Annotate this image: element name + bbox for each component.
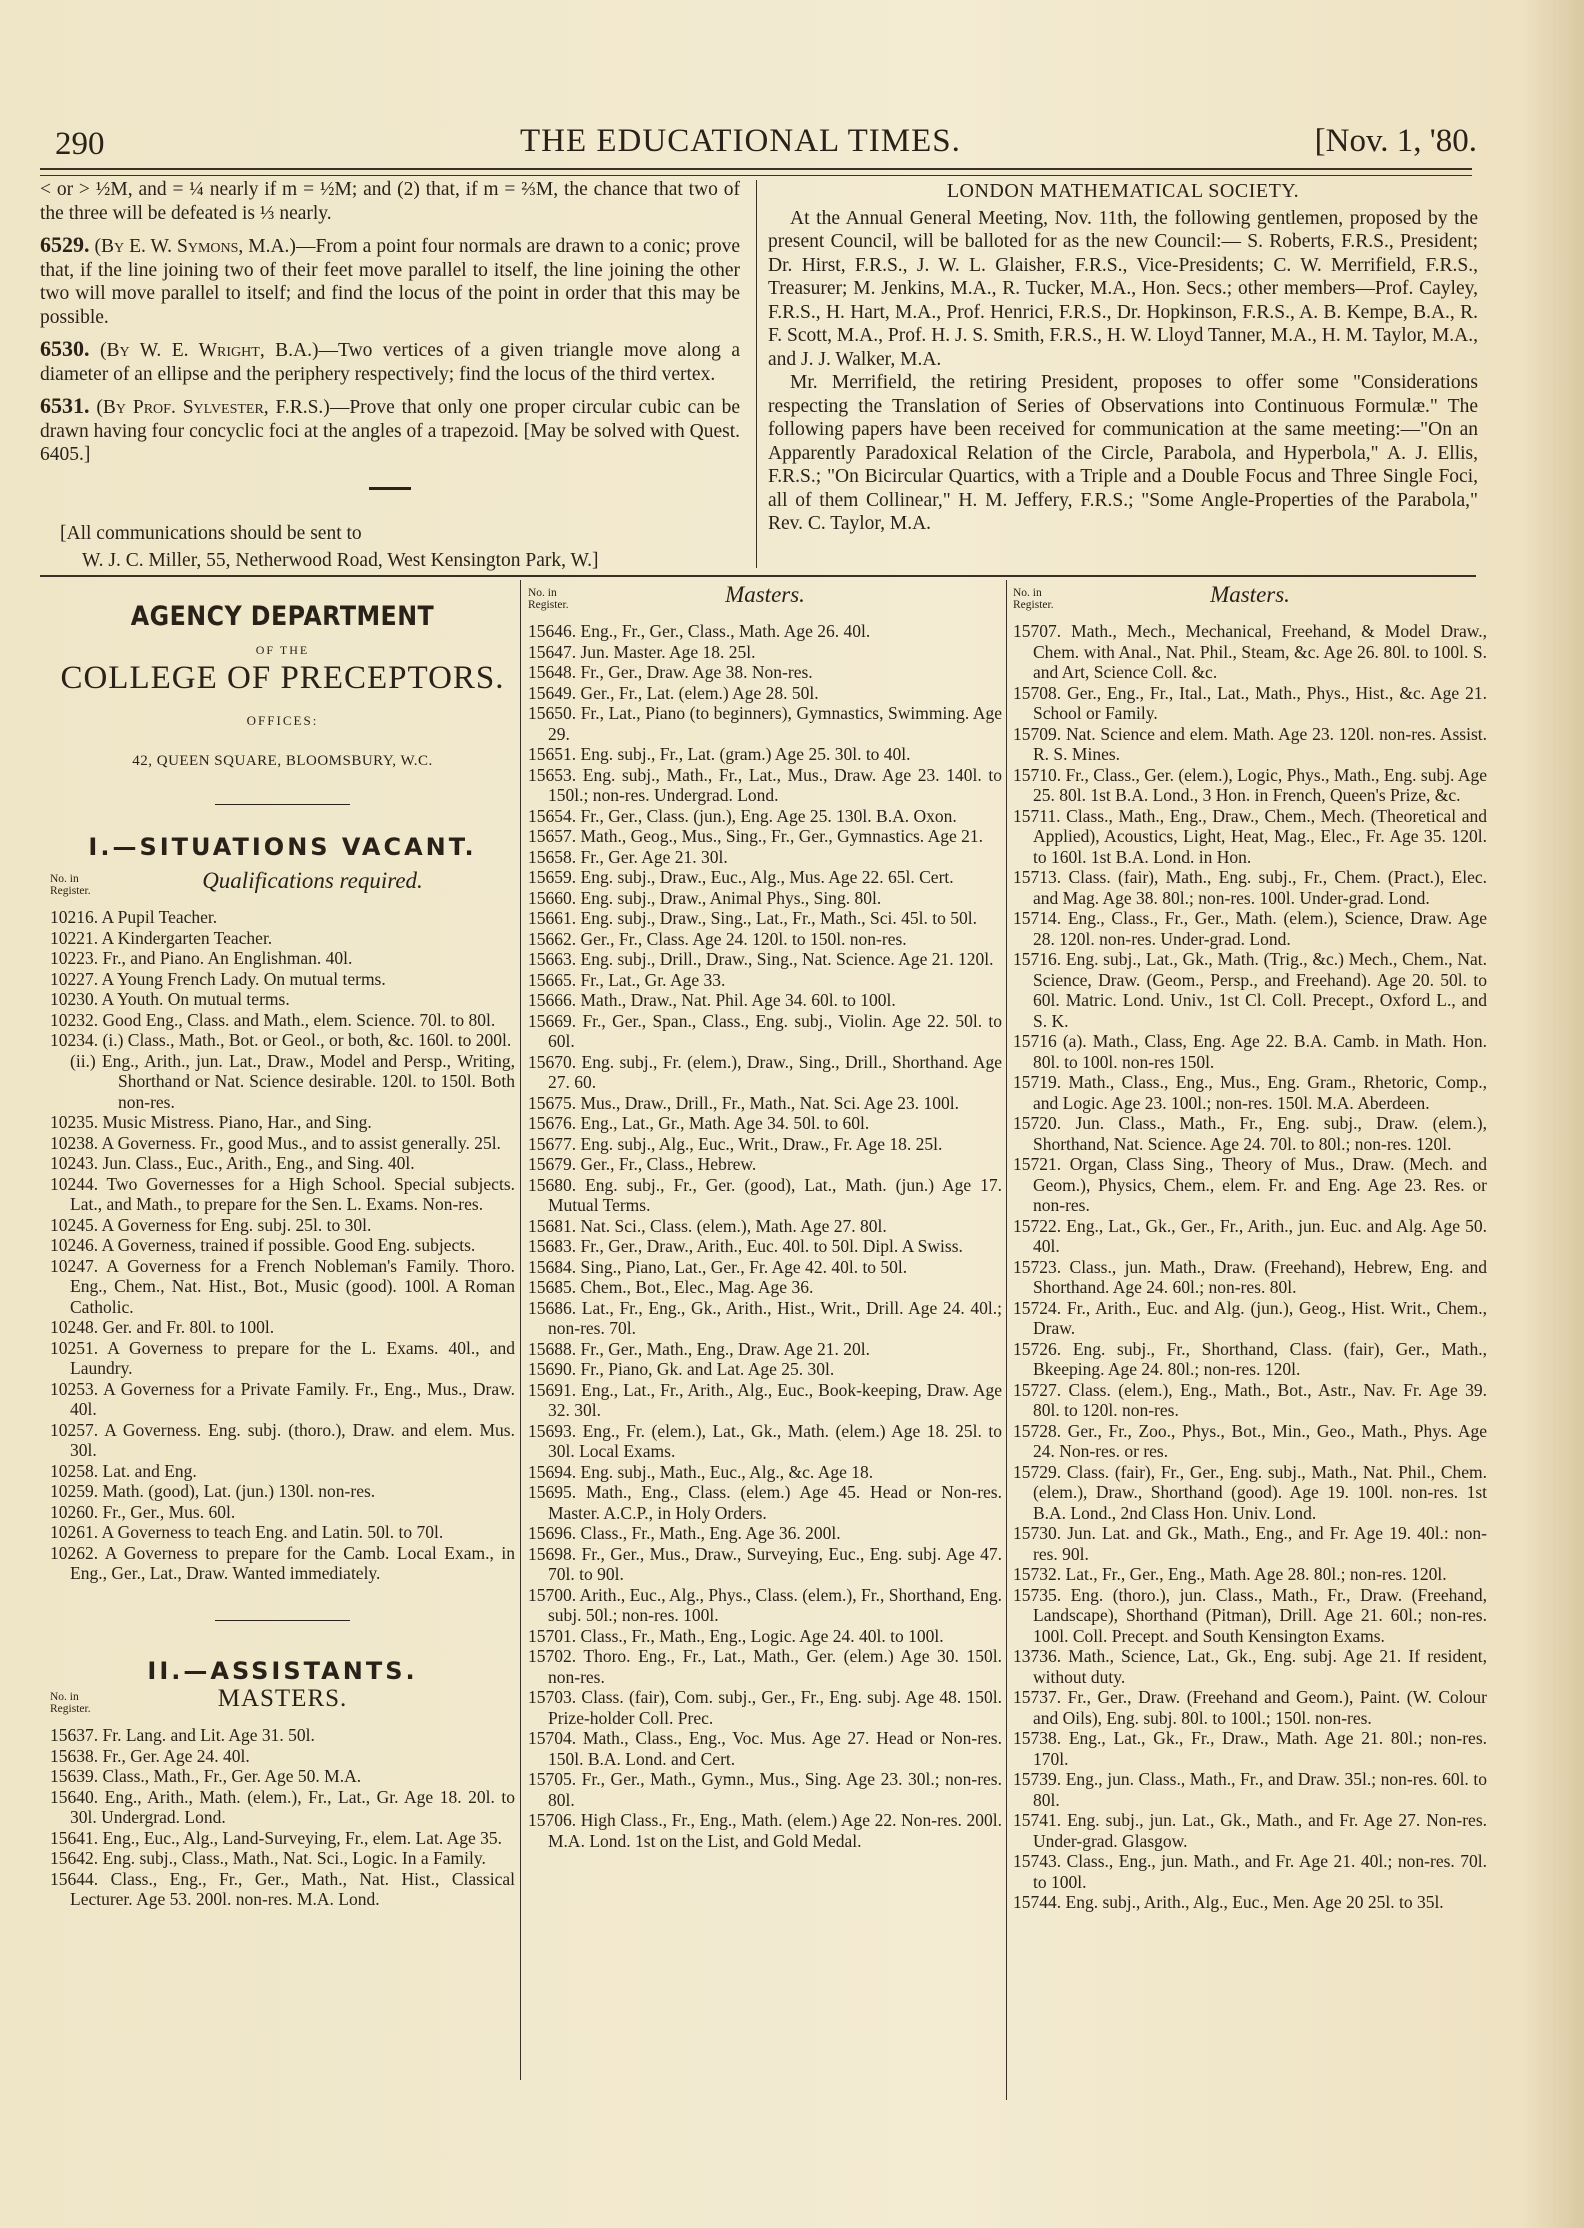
qualifications: Eng. subj., Draw., Animal Phys., Sing. 8… [581, 888, 882, 908]
qualifications: Eng. subj., Fr. (elem.), Draw., Sing., D… [548, 1052, 1002, 1093]
register-number: 15695. [528, 1482, 576, 1502]
register-entry: 15709. Nat. Science and elem. Math. Age … [1013, 724, 1487, 765]
qualifications: Fr., Ger., Mus. 60l. [103, 1502, 236, 1522]
situations-vacant-title: I.—SITUATIONS VACANT. [50, 837, 515, 858]
register-number: 15730. [1013, 1523, 1061, 1543]
section-rule [40, 575, 1476, 577]
register-entry: 15686. Lat., Fr., Eng., Gk., Arith., His… [528, 1298, 1002, 1339]
qualifications: Eng. subj., Fr., Ger. (good), Lat., Math… [548, 1175, 1002, 1216]
newspaper-page: 290 THE EDUCATIONAL TIMES. [Nov. 1, '80.… [0, 0, 1584, 2228]
qualifications: A Young French Lady. On mutual terms. [102, 969, 386, 989]
register-entry: 10247. A Governess for a French Nobleman… [50, 1256, 515, 1318]
register-entry: 10259. Math. (good), Lat. (jun.) 130l. n… [50, 1481, 515, 1502]
register-number: 15714. [1013, 908, 1061, 928]
section-divider [369, 487, 411, 490]
qualifications: High Class., Fr., Eng., Math. (elem.) Ag… [548, 1810, 1002, 1851]
qualifications: Jun. Class., Math., Fr., Eng. subj., Dra… [1033, 1113, 1487, 1154]
qualifications: Class., Math., Fr., Ger. Age 50. M.A. [103, 1766, 362, 1786]
question-6530: 6530. (By W. E. Wright, B.A.)—Two vertic… [40, 337, 740, 386]
register-entry: 10238. A Governess. Fr., good Mus., and … [50, 1133, 515, 1154]
register-entry: 10221. A Kindergarten Teacher. [50, 928, 515, 949]
register-number: 15639. [50, 1766, 98, 1786]
qualifications: Class. (fair), Math., Eng. subj., Fr., C… [1033, 867, 1487, 908]
column-divider [1006, 580, 1007, 2100]
register-entry: 15650. Fr., Lat., Piano (to beginners), … [528, 703, 1002, 744]
qualifications: A Governess to teach Eng. and Latin. 50l… [102, 1522, 444, 1542]
register-entry: 15708. Ger., Eng., Fr., Ital., Lat., Mat… [1013, 683, 1487, 724]
register-entry: 15707. Math., Mech., Mechanical, Freehan… [1013, 621, 1487, 683]
register-entry: 15744. Eng. subj., Arith., Alg., Euc., M… [1013, 1892, 1487, 1913]
register-number: 10223. [50, 948, 98, 968]
register-entry: 15698. Fr., Ger., Mus., Draw., Surveying… [528, 1544, 1002, 1585]
register-number: 10234. [50, 1030, 98, 1050]
register-entry: 10257. A Governess. Eng. subj. (thoro.),… [50, 1420, 515, 1461]
register-number: 15698. [528, 1544, 576, 1564]
register-number: 10251. [50, 1338, 98, 1358]
qualifications: Class., Eng., Fr., Ger., Math., Nat. His… [70, 1869, 515, 1910]
register-entry: 15705. Fr., Ger., Math., Gymn., Mus., Si… [528, 1769, 1002, 1810]
register-number: 15710. [1013, 765, 1061, 785]
register-entry: 15646. Eng., Fr., Ger., Class., Math. Ag… [528, 621, 1002, 642]
register-entry: 15741. Eng. subj., jun. Lat., Gk., Math.… [1013, 1810, 1487, 1851]
register-entry: 15647. Jun. Master. Age 18. 25l. [528, 642, 1002, 663]
register-number: 15693. [528, 1421, 576, 1441]
qualifications: Ger., Eng., Fr., Ital., Lat., Math., Phy… [1033, 683, 1487, 724]
qualifications: Fr., Ger., Mus., Draw., Surveying, Euc.,… [548, 1544, 1002, 1585]
register-number: 15735. [1013, 1585, 1061, 1605]
qualifications: Eng. (thoro.), jun. Class., Math., Fr., … [1033, 1585, 1487, 1646]
office-address: 42, QUEEN SQUARE, BLOOMSBURY, W.C. [50, 751, 515, 772]
register-entry: 15657. Math., Geog., Mus., Sing., Fr., G… [528, 826, 1002, 847]
register-number: 15703. [528, 1687, 576, 1707]
qualifications: Eng., Class., Fr., Ger., Math. (elem.), … [1033, 908, 1487, 949]
register-entry: 15651. Eng. subj., Fr., Lat. (gram.) Age… [528, 744, 1002, 765]
register-number: 10262. [50, 1543, 98, 1563]
register-number: 10221. [50, 928, 98, 948]
qualifications: A Governess. Fr., good Mus., and to assi… [102, 1133, 501, 1153]
register-number: 10243. [50, 1153, 98, 1173]
register-entry: 15728. Ger., Fr., Zoo., Phys., Bot., Min… [1013, 1421, 1487, 1462]
register-number: 15676. [528, 1113, 576, 1133]
register-entry: 10261. A Governess to teach Eng. and Lat… [50, 1522, 515, 1543]
register-entry: 15637. Fr. Lang. and Lit. Age 31. 50l. [50, 1725, 515, 1746]
qualifications: Class., jun. Math., Draw. (Freehand), He… [1033, 1257, 1487, 1298]
register-entry: 15723. Class., jun. Math., Draw. (Freeha… [1013, 1257, 1487, 1298]
register-entry: 10216. A Pupil Teacher. [50, 907, 515, 928]
register-number: 10259. [50, 1481, 98, 1501]
register-entry: 10248. Ger. and Fr. 80l. to 100l. [50, 1317, 515, 1338]
register-number: 10258. [50, 1461, 98, 1481]
register-entry: 15658. Fr., Ger. Age 21. 30l. [528, 847, 1002, 868]
register-entry: 15659. Eng. subj., Draw., Euc., Alg., Mu… [528, 867, 1002, 888]
register-entry: 10227. A Young French Lady. On mutual te… [50, 969, 515, 990]
register-entry: 15660. Eng. subj., Draw., Animal Phys., … [528, 888, 1002, 909]
qualifications: Fr. Lang. and Lit. Age 31. 50l. [103, 1725, 315, 1745]
qualifications: Fr., and Piano. An Englishman. 40l. [103, 948, 353, 968]
register-entry: 15638. Fr., Ger. Age 24. 40l. [50, 1746, 515, 1767]
qualifications: Eng. subj., Draw., Sing., Lat., Fr., Mat… [581, 908, 978, 928]
question-6529: 6529. (By E. W. Symons, M.A.)—From a poi… [40, 233, 740, 329]
register-number: 15685. [528, 1277, 576, 1297]
register-number: 15716. [1013, 949, 1061, 969]
qualifications: Eng., Lat., Fr., Arith., Alg., Euc., Boo… [548, 1380, 1002, 1421]
register-entry: 15716 (a). Math., Class, Eng. Age 22. B.… [1013, 1031, 1487, 1072]
column-divider [756, 180, 757, 568]
register-number: 15691. [528, 1380, 576, 1400]
register-entry: 10243. Jun. Class., Euc., Arith., Eng., … [50, 1153, 515, 1174]
register-entry: 15680. Eng. subj., Fr., Ger. (good), Lat… [528, 1175, 1002, 1216]
register-entry: 15649. Ger., Fr., Lat. (elem.) Age 28. 5… [528, 683, 1002, 704]
register-number: 10238. [50, 1133, 98, 1153]
register-number: 15646. [528, 621, 576, 641]
qualifications: A Governess. Eng. subj. (thoro.), Draw. … [70, 1420, 515, 1461]
register-number: 15657. [528, 826, 576, 846]
qualifications: A Youth. On mutual terms. [102, 989, 290, 1009]
qualifications: Math., Eng., Class. (elem.) Age 45. Head… [548, 1482, 1002, 1523]
register-number: 13736. [1013, 1646, 1061, 1666]
register-number: 15683. [528, 1236, 576, 1256]
masters-list: 15707. Math., Mech., Mechanical, Freehan… [1013, 621, 1487, 1913]
qualifications: Fr., Ger., Draw. Age 38. Non-res. [581, 662, 813, 682]
register-entry: 15696. Class., Fr., Math., Eng. Age 36. … [528, 1523, 1002, 1544]
qualifications: A Governess, trained if possible. Good E… [102, 1235, 476, 1255]
register-number: 15653. [528, 765, 576, 785]
register-number: 15684. [528, 1257, 576, 1277]
qualifications: Organ, Class Sing., Theory of Mus., Draw… [1033, 1154, 1487, 1215]
register-entry: 10246. A Governess, trained if possible.… [50, 1235, 515, 1256]
register-entry: 13736. Math., Science, Lat., Gk., Eng. s… [1013, 1646, 1487, 1687]
qualifications: Lat., Fr., Eng., Gk., Arith., Hist., Wri… [548, 1298, 1002, 1339]
register-entry: 15642. Eng. subj., Class., Math., Nat. S… [50, 1848, 515, 1869]
register-entry: 15711. Class., Math., Eng., Draw., Chem.… [1013, 806, 1487, 868]
qualifications: Nat. Science and elem. Math. Age 23. 120… [1033, 724, 1487, 765]
register-entry: 15665. Fr., Lat., Gr. Age 33. [528, 970, 1002, 991]
qualifications: Eng. subj., Fr., Lat. (gram.) Age 25. 30… [581, 744, 911, 764]
qualifications: Ger., Fr., Zoo., Phys., Bot., Min., Geo.… [1033, 1421, 1487, 1462]
register-entry: 15685. Chem., Bot., Elec., Mag. Age 36. [528, 1277, 1002, 1298]
register-entry: 15704. Math., Class., Eng., Voc. Mus. Ag… [528, 1728, 1002, 1769]
register-number: 15700. [528, 1585, 576, 1605]
register-number: 15704. [528, 1728, 576, 1748]
register-number: 15686. [528, 1298, 576, 1318]
register-entry: 15713. Class. (fair), Math., Eng. subj.,… [1013, 867, 1487, 908]
qualifications: A Pupil Teacher. [102, 907, 218, 927]
register-number: 15709. [1013, 724, 1061, 744]
qualifications: Math., Science, Lat., Gk., Eng. subj. Ag… [1033, 1646, 1487, 1687]
qualifications: Eng., Euc., Alg., Land-Surveying, Fr., e… [103, 1828, 503, 1848]
register-number: 15649. [528, 683, 576, 703]
qualifications: Mus., Draw., Drill., Fr., Math., Nat. Sc… [581, 1093, 960, 1113]
register-entry: 10260. Fr., Ger., Mus. 60l. [50, 1502, 515, 1523]
register-entry: 15690. Fr., Piano, Gk. and Lat. Age 25. … [528, 1359, 1002, 1380]
register-entry: 15729. Class. (fair), Fr., Ger., Eng. su… [1013, 1462, 1487, 1524]
qualifications: Fr., Lat., Piano (to beginners), Gymnast… [548, 703, 1002, 744]
register-entry: 15684. Sing., Piano, Lat., Ger., Fr. Age… [528, 1257, 1002, 1278]
register-number: 15651. [528, 744, 576, 764]
register-entry: 10258. Lat. and Eng. [50, 1461, 515, 1482]
register-number: 15723. [1013, 1257, 1061, 1277]
register-entry: 15743. Class., Eng., jun. Math., and Fr.… [1013, 1851, 1487, 1892]
register-entry: 10235. Music Mistress. Piano, Har., and … [50, 1112, 515, 1133]
register-number: 15670. [528, 1052, 576, 1072]
qualifications: Chem., Bot., Elec., Mag. Age 36. [581, 1277, 814, 1297]
register-entry: 15640. Eng., Arith., Math. (elem.), Fr.,… [50, 1787, 515, 1828]
register-entry: 15644. Class., Eng., Fr., Ger., Math., N… [50, 1869, 515, 1910]
qualifications: Math., Mech., Mechanical, Freehand, & Mo… [1033, 621, 1487, 682]
qualifications: Ger., Fr., Lat. (elem.) Age 28. 50l. [581, 683, 819, 703]
qualifications: Math., Geog., Mus., Sing., Fr., Ger., Gy… [581, 826, 984, 846]
register-entry: 15641. Eng., Euc., Alg., Land-Surveying,… [50, 1828, 515, 1849]
qualifications: Fr., Ger., Math., Gymn., Mus., Sing. Age… [548, 1769, 1002, 1810]
register-entry: 15710. Fr., Class., Ger. (elem.), Logic,… [1013, 765, 1487, 806]
register-entry: 15691. Eng., Lat., Fr., Arith., Alg., Eu… [528, 1380, 1002, 1421]
register-entry: 15703. Class. (fair), Com. subj., Ger., … [528, 1687, 1002, 1728]
register-number: 15732. [1013, 1564, 1061, 1584]
qualifications: Class., Math., Eng., Draw., Chem., Mech.… [1033, 806, 1487, 867]
register-number: 10247. [50, 1256, 98, 1276]
qualifications: Fr., Piano, Gk. and Lat. Age 25. 30l. [581, 1359, 835, 1379]
register-number: 10227. [50, 969, 98, 989]
register-entry: 15676. Eng., Lat., Gr., Math. Age 34. 50… [528, 1113, 1002, 1134]
register-number: 10244. [50, 1174, 98, 1194]
qualifications: Fr., Ger., Draw., Arith., Euc. 40l. to 5… [581, 1236, 963, 1256]
qualifications: Ger., Fr., Class. Age 24. 120l. to 150l.… [581, 929, 907, 949]
qualifications: Fr., Class., Ger. (elem.), Logic, Phys.,… [1033, 765, 1487, 806]
qualifications: Fr., Ger., Span., Class., Eng. subj., Vi… [548, 1011, 1002, 1052]
register-entry: 15694. Eng. subj., Math., Euc., Alg., &c… [528, 1462, 1002, 1483]
register-entry: 15669. Fr., Ger., Span., Class., Eng. su… [528, 1011, 1002, 1052]
register-number: 15711. [1013, 806, 1060, 826]
register-entry: 10245. A Governess for Eng. subj. 25l. t… [50, 1215, 515, 1236]
assistants-title: II.—ASSISTANTS. [50, 1661, 515, 1682]
register-entry: 15730. Jun. Lat. and Gk., Math., Eng., a… [1013, 1523, 1487, 1564]
register-number: 15642. [50, 1848, 98, 1868]
register-number: 15707. [1013, 621, 1061, 641]
register-number: 15724. [1013, 1298, 1061, 1318]
register-number: 15729. [1013, 1462, 1061, 1482]
qualifications: Class. (elem.), Eng., Math., Bot., Astr.… [1033, 1380, 1487, 1421]
register-number: 15737. [1013, 1687, 1061, 1707]
qualifications: A Governess for a French Nobleman's Fami… [70, 1256, 515, 1317]
qualifications: Fr., Ger. Age 21. 30l. [581, 847, 728, 867]
register-number: 15721. [1013, 1154, 1061, 1174]
register-number: 15702. [528, 1646, 576, 1666]
qualifications: Class. (fair), Fr., Ger., Eng. subj., Ma… [1033, 1462, 1487, 1523]
register-entry: 10230. A Youth. On mutual terms. [50, 989, 515, 1010]
register-entry: 15739. Eng., jun. Class., Math., Fr., an… [1013, 1769, 1487, 1810]
qualifications: A Kindergarten Teacher. [102, 928, 273, 948]
masters-column-3: No. in Register. Masters. 15707. Math., … [1013, 585, 1487, 1913]
register-entry: 15719. Math., Class., Eng., Mus., Eng. G… [1013, 1072, 1487, 1113]
qualifications: Eng., Fr., Ger., Class., Math. Age 26. 4… [581, 621, 871, 641]
register-number: 10245. [50, 1215, 98, 1235]
masters-column-2: No. in Register. Masters. 15646. Eng., F… [528, 585, 1002, 1851]
register-number: 15738. [1013, 1728, 1061, 1748]
qualifications: Fr., Ger., Class. (jun.), Eng. Age 25. 1… [581, 806, 957, 826]
qualifications: Lat., Fr., Ger., Eng., Math. Age 28. 80l… [1066, 1564, 1447, 1584]
register-number: 10216. [50, 907, 98, 927]
qualifications: Eng., Arith., Math. (elem.), Fr., Lat., … [70, 1787, 515, 1828]
register-number: 15638. [50, 1746, 98, 1766]
register-number: 10253. [50, 1379, 98, 1399]
qualifications: Eng., Lat., Gk., Ger., Fr., Arith., jun.… [1033, 1216, 1487, 1257]
qualifications: Class., Fr., Math., Eng. Age 36. 200l. [581, 1523, 841, 1543]
register-number: 10232. [50, 1010, 98, 1030]
agency-column: AGENCY DEPARTMENT OF THE COLLEGE OF PREC… [50, 585, 515, 1910]
register-number: 10261. [50, 1522, 98, 1542]
qualifications: Eng., Lat., Gk., Fr., Draw., Math. Age 2… [1033, 1728, 1487, 1769]
qualifications: Eng. subj., Drill., Draw., Sing., Nat. S… [581, 949, 994, 969]
qualifications: Eng. subj., Class., Math., Nat. Sci., Lo… [103, 1848, 486, 1868]
lms-paragraph: Mr. Merrifield, the retiring President, … [768, 371, 1478, 536]
lms-paragraph: At the Annual General Meeting, Nov. 11th… [768, 207, 1478, 372]
register-number: 15744. [1013, 1892, 1061, 1912]
register-entry: 10223. Fr., and Piano. An Englishman. 40… [50, 948, 515, 969]
register-number: 15666. [528, 990, 576, 1010]
register-entry: 15721. Organ, Class Sing., Theory of Mus… [1013, 1154, 1487, 1216]
lms-notice: LONDON MATHEMATICAL SOCIETY. At the Annu… [768, 180, 1478, 536]
register-number: 15654. [528, 806, 576, 826]
qualifications: Eng., Lat., Gr., Math. Age 34. 50l. to 6… [581, 1113, 870, 1133]
register-number: 15716 (a). [1013, 1031, 1087, 1051]
register-number: 15720. [1013, 1113, 1061, 1133]
qualifications: Lat. and Eng. [103, 1461, 197, 1481]
register-number: 15726. [1013, 1339, 1061, 1359]
register-entry: 15738. Eng., Lat., Gk., Fr., Draw., Math… [1013, 1728, 1487, 1769]
register-number: 10260. [50, 1502, 98, 1522]
qualifications: Jun. Lat. and Gk., Math., Eng., and Fr. … [1033, 1523, 1487, 1564]
register-entry: 15670. Eng. subj., Fr. (elem.), Draw., S… [528, 1052, 1002, 1093]
register-number: 10248. [50, 1317, 98, 1337]
register-entry: 15666. Math., Draw., Nat. Phil. Age 34. … [528, 990, 1002, 1011]
register-number: 15641. [50, 1828, 98, 1848]
qualifications: Eng. subj., jun. Lat., Gk., Math., and F… [1033, 1810, 1487, 1851]
qualifications: Eng. subj., Math., Fr., Lat., Mus., Draw… [548, 765, 1002, 806]
register-entry: 15681. Nat. Sci., Class. (elem.), Math. … [528, 1216, 1002, 1237]
qualifications: A Governess to prepare for the Camb. Loc… [70, 1543, 515, 1584]
qualifications: Math., Class., Eng., Mus., Eng. Gram., R… [1033, 1072, 1487, 1113]
register-entry: 15737. Fr., Ger., Draw. (Freehand and Ge… [1013, 1687, 1487, 1728]
register-entry: 15663. Eng. subj., Drill., Draw., Sing.,… [528, 949, 1002, 970]
register-entry: 15648. Fr., Ger., Draw. Age 38. Non-res. [528, 662, 1002, 683]
qualifications: A Governess for Eng. subj. 25l. to 30l. [102, 1215, 372, 1235]
qualifications: Thoro. Eng., Fr., Lat., Math., Ger. (ele… [548, 1646, 1002, 1687]
qualifications: Fr., Ger., Math., Eng., Draw. Age 21. 20… [581, 1339, 871, 1359]
agency-title: AGENCY DEPARTMENT [78, 607, 487, 628]
register-number: 15677. [528, 1134, 576, 1154]
register-number: 15713. [1013, 867, 1061, 887]
register-entry: 15679. Ger., Fr., Class., Hebrew. [528, 1154, 1002, 1175]
qualifications: Ger., Fr., Class., Hebrew. [581, 1154, 757, 1174]
qualifications: Eng. subj., Math., Euc., Alg., &c. Age 1… [581, 1462, 874, 1482]
register-entry: 15661. Eng. subj., Draw., Sing., Lat., F… [528, 908, 1002, 929]
qualifications: Arith., Euc., Alg., Phys., Class. (elem.… [548, 1585, 1002, 1626]
register-number: 15662. [528, 929, 576, 949]
register-entry: 15693. Eng., Fr. (elem.), Lat., Gk., Mat… [528, 1421, 1002, 1462]
register-entry: 15727. Class. (elem.), Eng., Math., Bot.… [1013, 1380, 1487, 1421]
qualifications: Music Mistress. Piano, Har., and Sing. [103, 1112, 372, 1132]
college-name: COLLEGE OF PRECEPTORS. [50, 668, 515, 689]
register-number: 10246. [50, 1235, 98, 1255]
register-number: 15650. [528, 703, 576, 723]
question-continuation: < or > ½M, and = ¼ nearly if m = ½M; and… [40, 178, 740, 225]
qualifications: Class., Fr., Math., Eng., Logic. Age 24.… [581, 1626, 944, 1646]
qualifications: Eng. subj., Fr., Shorthand, Class. (fair… [1033, 1339, 1487, 1380]
qualifications: Eng. subj., Arith., Alg., Euc., Men. Age… [1066, 1892, 1444, 1912]
qualifications: Math., Class., Eng., Voc. Mus. Age 27. H… [548, 1728, 1002, 1769]
register-entry: 15732. Lat., Fr., Ger., Eng., Math. Age … [1013, 1564, 1487, 1585]
qualifications: Math. (good), Lat. (jun.) 130l. non-res. [103, 1481, 376, 1501]
register-entry: 15654. Fr., Ger., Class. (jun.), Eng. Ag… [528, 806, 1002, 827]
register-entry: 15688. Fr., Ger., Math., Eng., Draw. Age… [528, 1339, 1002, 1360]
register-number: 10257. [50, 1420, 98, 1440]
qualifications: (i.) Class., Math., Bot. or Geol., or bo… [103, 1030, 512, 1050]
qualifications: Fr., Arith., Euc. and Alg. (jun.), Geog.… [1033, 1298, 1487, 1339]
register-number: 15694. [528, 1462, 576, 1482]
register-entry: 15662. Ger., Fr., Class. Age 24. 120l. t… [528, 929, 1002, 950]
register-number: 15701. [528, 1626, 576, 1646]
qualifications: Fr., Ger., Draw. (Freehand and Geom.), P… [1033, 1687, 1487, 1728]
register-number: 15665. [528, 970, 576, 990]
qualifications: Eng., Fr. (elem.), Lat., Gk., Math. (ele… [548, 1421, 1002, 1462]
register-entry: 15702. Thoro. Eng., Fr., Lat., Math., Ge… [528, 1646, 1002, 1687]
register-entry: 15735. Eng. (thoro.), jun. Class., Math.… [1013, 1585, 1487, 1647]
register-number: 15688. [528, 1339, 576, 1359]
question-6531: 6531. (By Prof. Sylvester, F.R.S.)—Prove… [40, 394, 740, 467]
qualifications: Nat. Sci., Class. (elem.), Math. Age 27.… [581, 1216, 887, 1236]
register-number: 15741. [1013, 1810, 1061, 1830]
register-entry: 15683. Fr., Ger., Draw., Arith., Euc. 40… [528, 1236, 1002, 1257]
lms-title: LONDON MATHEMATICAL SOCIETY. [768, 180, 1478, 204]
register-number: 15661. [528, 908, 576, 928]
register-number: 15728. [1013, 1421, 1061, 1441]
register-number: 10235. [50, 1112, 98, 1132]
register-entry: 15701. Class., Fr., Math., Eng., Logic. … [528, 1626, 1002, 1647]
qualifications: Sing., Piano, Lat., Ger., Fr. Age 42. 40… [581, 1257, 908, 1277]
register-number: 15681. [528, 1216, 576, 1236]
register-number: 15659. [528, 867, 576, 887]
register-entry: 15653. Eng. subj., Math., Fr., Lat., Mus… [528, 765, 1002, 806]
register-number: 15637. [50, 1725, 98, 1745]
qualifications: A Governess to prepare for the L. Exams.… [70, 1338, 515, 1379]
qualifications: Class. (fair), Com. subj., Ger., Fr., En… [548, 1687, 1002, 1728]
register-entry: 15726. Eng. subj., Fr., Shorthand, Class… [1013, 1339, 1487, 1380]
qualifications: Two Governesses for a High School. Speci… [70, 1174, 515, 1215]
qualifications: Math., Class, Eng. Age 22. B.A. Camb. in… [1033, 1031, 1487, 1072]
register-number: 15739. [1013, 1769, 1061, 1789]
register-number: 15647. [528, 642, 576, 662]
qualifications: Eng., jun. Class., Math., Fr., and Draw.… [1033, 1769, 1487, 1810]
issue-date: [Nov. 1, '80. [1315, 123, 1477, 160]
masters-list: 15646. Eng., Fr., Ger., Class., Math. Ag… [528, 621, 1002, 1851]
register-number: 15669. [528, 1011, 576, 1031]
register-entry: 10232. Good Eng., Class. and Math., elem… [50, 1010, 515, 1031]
register-entry: 15677. Eng. subj., Alg., Euc., Writ., Dr… [528, 1134, 1002, 1155]
qualifications: Jun. Master. Age 18. 25l. [581, 642, 756, 662]
register-number: 15705. [528, 1769, 576, 1789]
register-number: 15696. [528, 1523, 576, 1543]
register-entry: 15722. Eng., Lat., Gk., Ger., Fr., Arith… [1013, 1216, 1487, 1257]
register-number: 15706. [528, 1810, 576, 1830]
situations-list: 10216. A Pupil Teacher.10221. A Kinderga… [50, 907, 515, 1584]
register-entry: 10244. Two Governesses for a High School… [50, 1174, 515, 1215]
register-number: 15658. [528, 847, 576, 867]
register-number: 15648. [528, 662, 576, 682]
register-entry: 15706. High Class., Fr., Eng., Math. (el… [528, 1810, 1002, 1851]
qualifications: Fr., Ger. Age 24. 40l. [103, 1746, 250, 1766]
page-header: 290 THE EDUCATIONAL TIMES. [Nov. 1, '80. [55, 118, 1477, 168]
qualifications: A Governess for a Private Family. Fr., E… [70, 1379, 515, 1420]
